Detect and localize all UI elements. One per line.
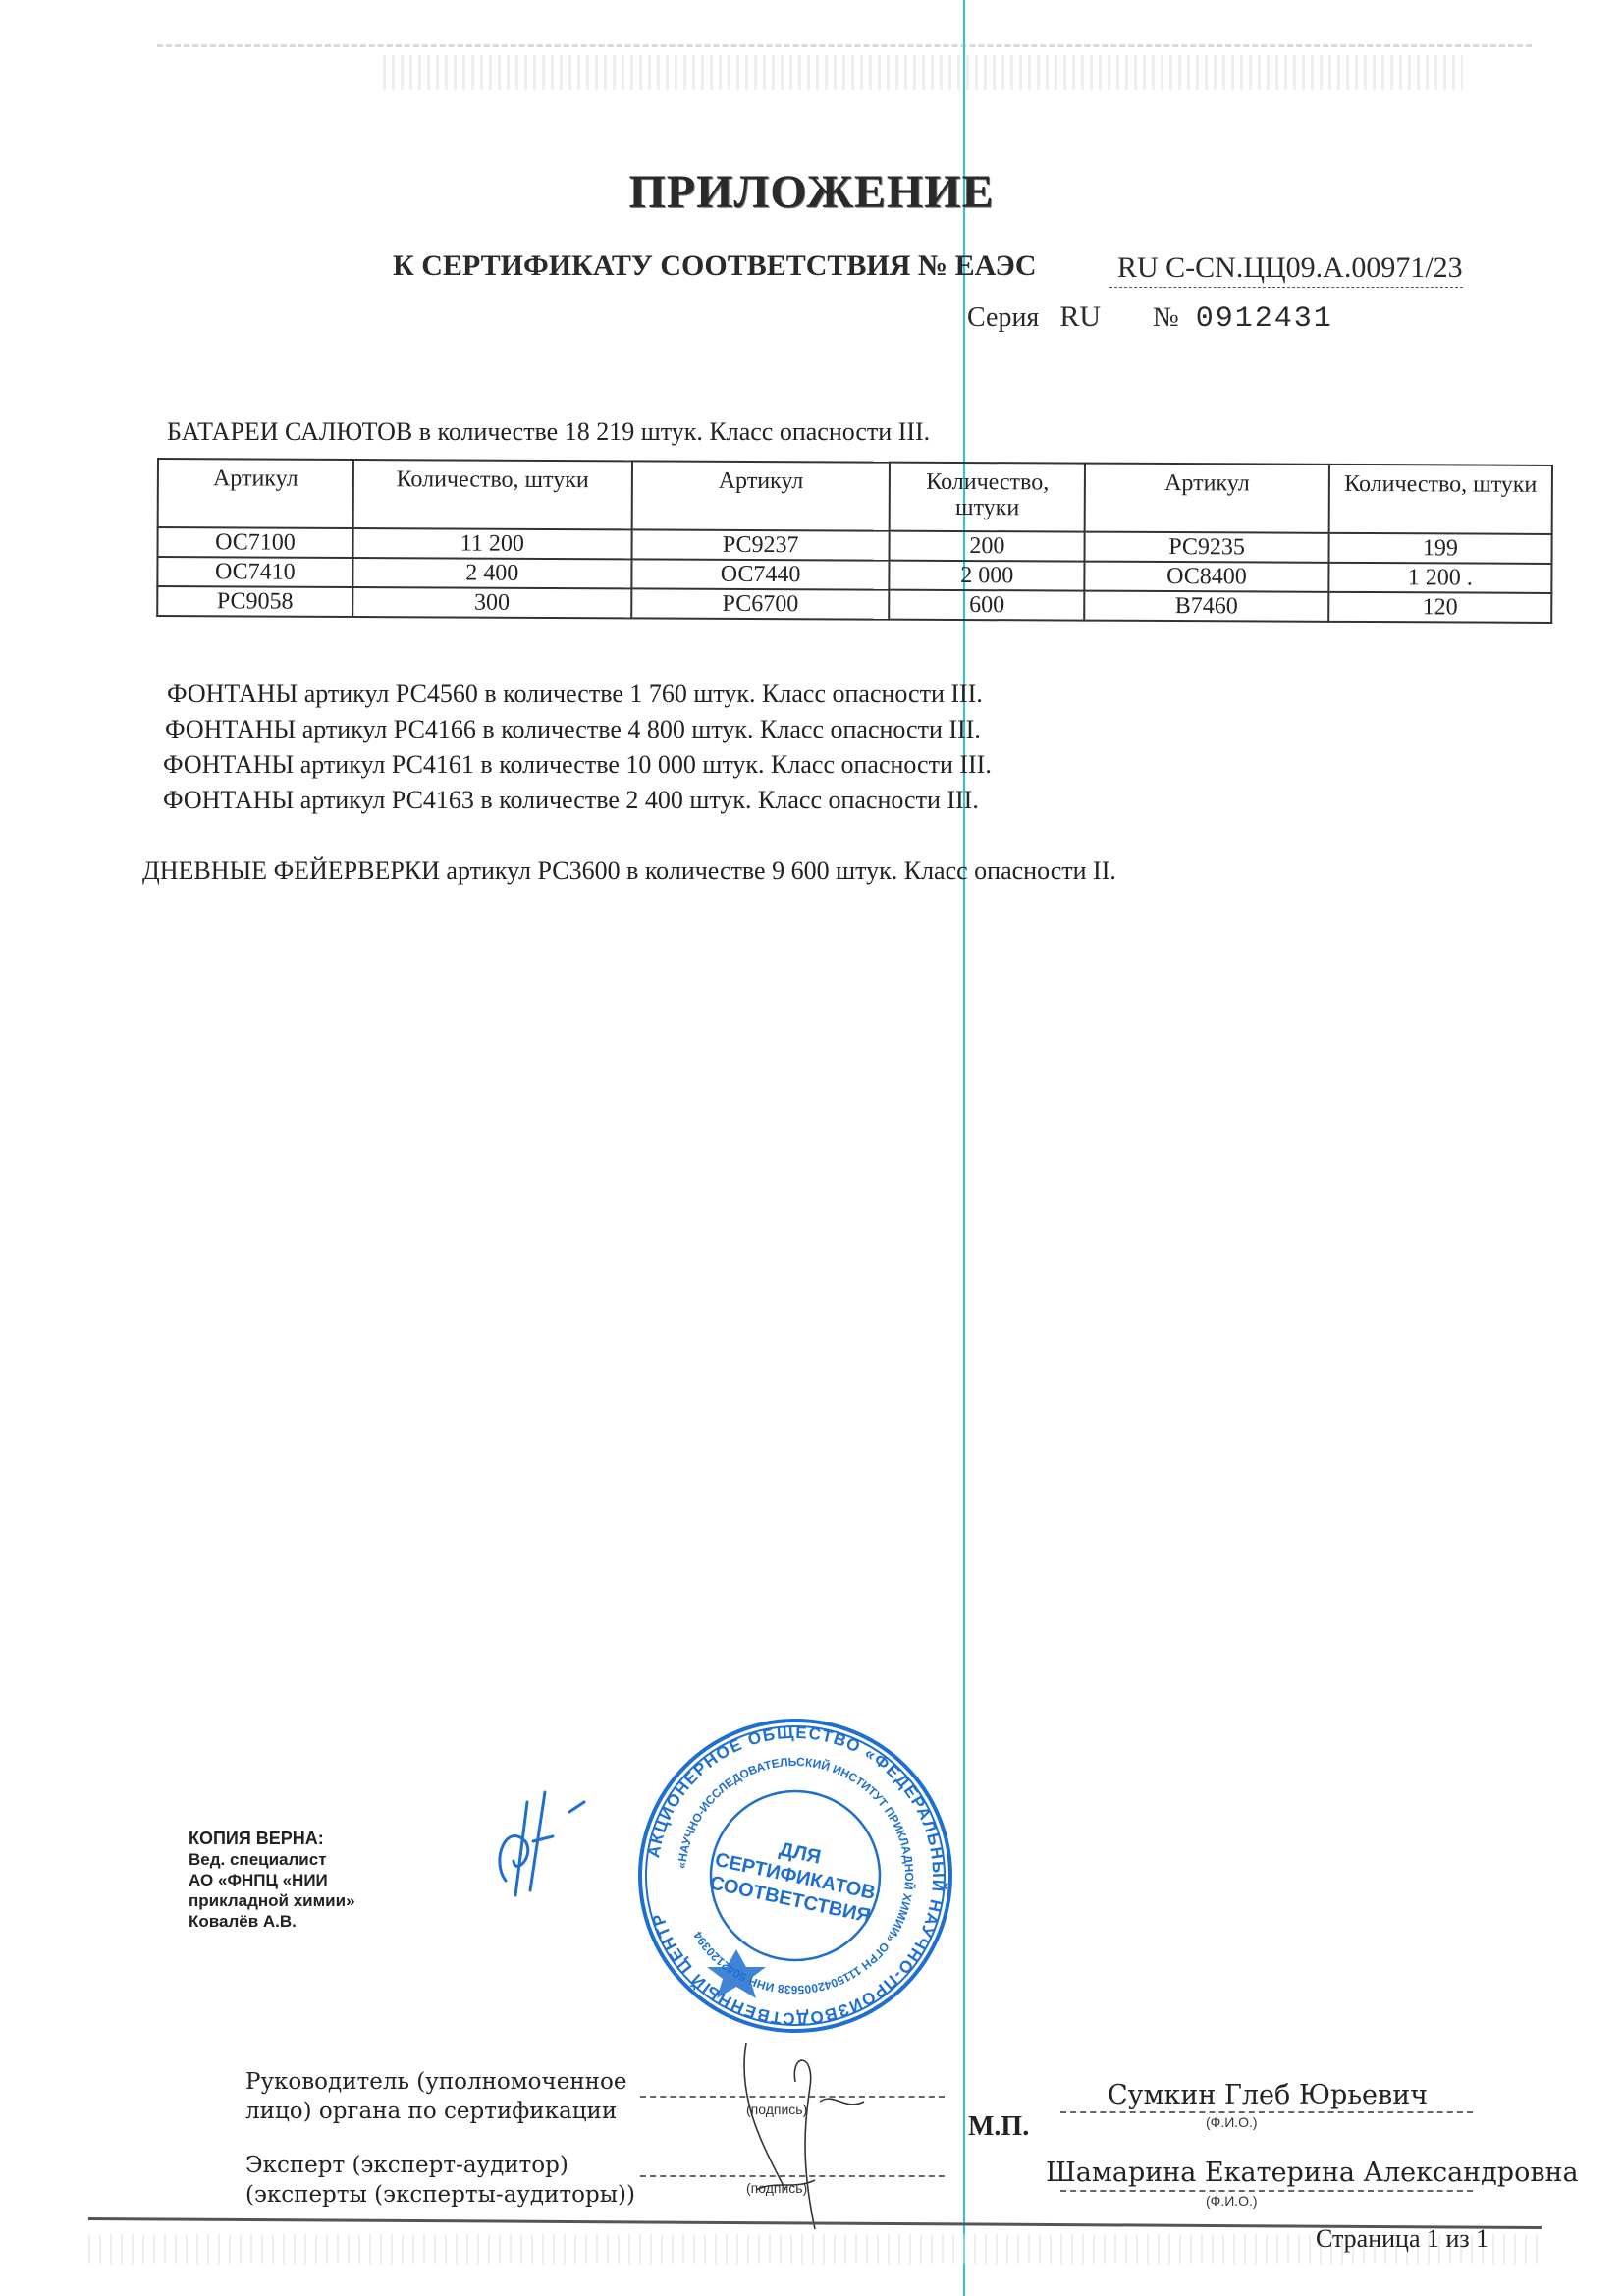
col-header: Артикул bbox=[631, 461, 890, 530]
table-cell: 600 bbox=[890, 590, 1085, 621]
head-role-label: Руководитель (уполномоченное лицо) орган… bbox=[245, 2067, 626, 2126]
head-role-line: Руководитель (уполномоченное bbox=[245, 2067, 626, 2097]
number-label: № bbox=[1153, 302, 1179, 333]
table-cell: 1 200 . bbox=[1328, 563, 1551, 593]
head-role-line: лицо) органа по сертификации bbox=[245, 2097, 626, 2126]
scan-guide-line bbox=[963, 0, 965, 2296]
table-cell: 200 bbox=[890, 531, 1085, 562]
table-cell: РС9237 bbox=[631, 529, 890, 560]
fountain-line: ФОНТАНЫ артикул РС4560 в количестве 1 76… bbox=[167, 680, 983, 709]
col-header: Артикул bbox=[1085, 464, 1329, 533]
series-line: Серия RU № 0912431 bbox=[967, 301, 1333, 336]
batteries-table: Артикул Количество, штуки Артикул Количе… bbox=[156, 458, 1553, 624]
col-header: Количество, штуки bbox=[352, 460, 631, 529]
pen-signature-icon bbox=[727, 2043, 913, 2239]
head-signature-caption: (подпись) bbox=[746, 2102, 807, 2117]
document-subtitle: К СЕРТИФИКАТУ СООТВЕТСТВИЯ № ЕАЭС bbox=[393, 249, 1037, 283]
table-cell: ОС7440 bbox=[631, 559, 890, 589]
series-value: RU bbox=[1059, 301, 1101, 333]
expert-name-line bbox=[1060, 2190, 1473, 2192]
table-cell: РС6700 bbox=[631, 588, 890, 619]
batteries-intro: БАТАРЕИ САЛЮТОВ в количестве 18 219 штук… bbox=[167, 417, 930, 447]
copy-certified-line: прикладной химии» bbox=[189, 1890, 355, 1911]
table-row: РС9058 300 РС6700 600 В7460 120 bbox=[157, 586, 1551, 623]
table-cell: 2 400 bbox=[352, 558, 631, 588]
head-name: Сумкин Глеб Юрьевич bbox=[1108, 2080, 1428, 2110]
head-name-line bbox=[1060, 2111, 1473, 2113]
copy-certified-heading: КОПИЯ ВЕРНА: bbox=[189, 1829, 355, 1849]
expert-role-line: Эксперт (эксперт-аудитор) bbox=[245, 2151, 635, 2180]
expert-role-line: (эксперты (эксперты-аудиторы)) bbox=[245, 2180, 635, 2210]
col-header: Количество, штуки bbox=[1328, 465, 1552, 534]
daytime-fireworks-line: ДНЕВНЫЕ ФЕЙЕРВЕРКИ артикул РС3600 в коли… bbox=[142, 856, 1116, 886]
table-cell: В7460 bbox=[1084, 591, 1328, 622]
table-header-row: Артикул Количество, штуки Артикул Количе… bbox=[158, 459, 1552, 534]
copy-certified-line: Ковалёв А.В. bbox=[189, 1911, 355, 1932]
fountain-line: ФОНТАНЫ артикул РС4163 в количестве 2 40… bbox=[163, 786, 979, 815]
number-value: 0912431 bbox=[1196, 302, 1333, 336]
fountain-line: ФОНТАНЫ артикул РС4166 в количестве 4 80… bbox=[165, 715, 981, 744]
page-number: Страница 1 из 1 bbox=[1316, 2224, 1488, 2254]
fountain-line: ФОНТАНЫ артикул РС4161 в количестве 10 0… bbox=[163, 750, 992, 780]
copy-certified-block: КОПИЯ ВЕРНА: Вед. специалист АО «ФНПЦ «Н… bbox=[189, 1829, 355, 1932]
handwritten-signature-icon bbox=[486, 1782, 594, 1900]
col-header: Количество, штуки bbox=[890, 463, 1085, 532]
table-cell: 120 bbox=[1328, 592, 1551, 623]
table-cell: 11 200 bbox=[352, 528, 631, 559]
table-cell: ОС7410 bbox=[157, 557, 352, 587]
table-cell: РС9058 bbox=[157, 586, 352, 617]
expert-signature-line bbox=[640, 2175, 945, 2177]
document-title: ПРИЛОЖЕНИЕ bbox=[0, 165, 1623, 219]
head-signature-line bbox=[640, 2096, 945, 2098]
copy-certified-line: АО «ФНПЦ «НИИ bbox=[189, 1870, 355, 1890]
scan-noise-header bbox=[157, 44, 1532, 121]
head-fio-caption: (Ф.И.О.) bbox=[1206, 2114, 1258, 2130]
table-cell: 300 bbox=[352, 587, 631, 618]
expert-fio-caption: (Ф.И.О.) bbox=[1206, 2193, 1258, 2209]
table-cell: ОС8400 bbox=[1085, 562, 1329, 592]
official-stamp-icon: АКЦИОНЕРНОЕ ОБЩЕСТВО «ФЕДЕРАЛЬНЫЙ НАУЧНО… bbox=[633, 1714, 957, 2038]
table-cell: РС9235 bbox=[1085, 532, 1329, 563]
copy-certified-line: Вед. специалист bbox=[189, 1849, 355, 1870]
table-cell: 2 000 bbox=[890, 561, 1085, 591]
expert-signature-caption: (подпись) bbox=[746, 2180, 807, 2196]
table-cell: ОС7100 bbox=[158, 527, 353, 558]
table-cell: 199 bbox=[1328, 533, 1551, 564]
seal-place-label: М.П. bbox=[968, 2111, 1029, 2143]
certificate-number: RU С-CN.ЦЦ09.А.00971/23 bbox=[1109, 251, 1463, 288]
col-header: Артикул bbox=[158, 459, 353, 528]
expert-role-label: Эксперт (эксперт-аудитор) (эксперты (экс… bbox=[245, 2151, 635, 2210]
series-label: Серия bbox=[967, 302, 1039, 333]
expert-name: Шамарина Екатерина Александровна bbox=[1046, 2158, 1579, 2188]
